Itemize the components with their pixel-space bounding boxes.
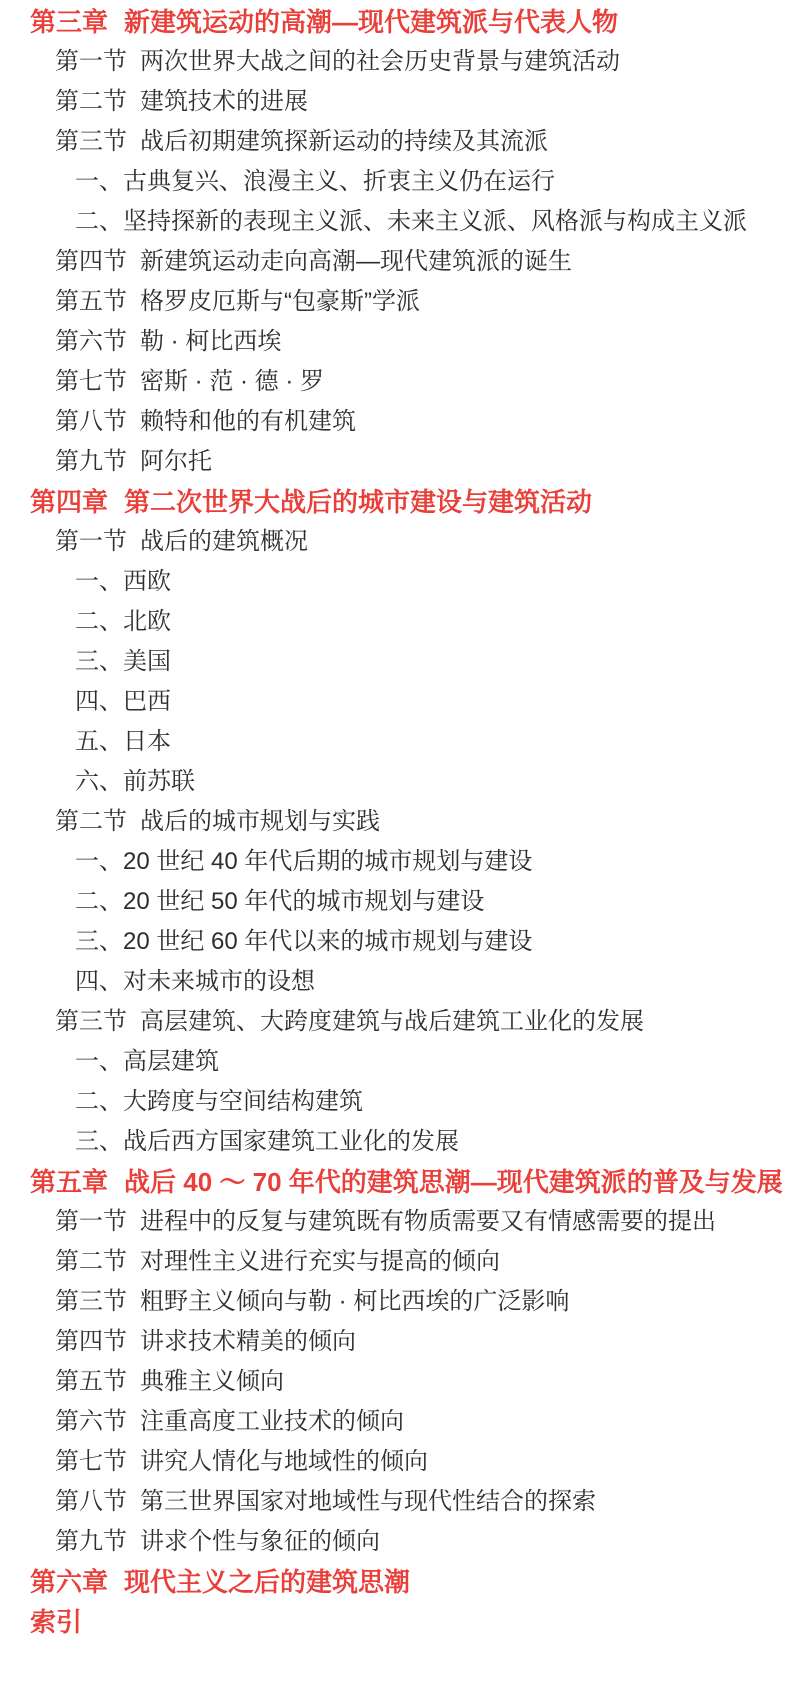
toc-item-section: 第四节讲求技术精美的倾向 (0, 1322, 790, 1362)
toc-item-label: 四、 (75, 682, 123, 722)
toc-item-label: 第一节 (55, 522, 127, 562)
toc-item-title: 战后初期建筑探新运动的持续及其流派 (140, 128, 548, 155)
toc-item-title: 勒 · 柯比西埃 (140, 328, 281, 355)
toc-item-sub: 六、前苏联 (0, 762, 790, 802)
toc-item-sub: 五、日本 (0, 722, 790, 762)
toc-item-title: 对未来城市的设想 (123, 968, 315, 995)
toc-item-title: 高层建筑、大跨度建筑与战后建筑工业化的发展 (140, 1008, 644, 1035)
toc-item-section: 第三节战后初期建筑探新运动的持续及其流派 (0, 122, 790, 162)
toc-item-title: 密斯 · 范 · 德 · 罗 (140, 368, 324, 395)
toc-item-section: 第九节阿尔托 (0, 442, 790, 482)
toc-item-label: 第六章 (30, 1562, 108, 1602)
toc-item-label: 第五节 (55, 1362, 127, 1402)
toc-item-label: 第三章 (30, 2, 108, 42)
toc-item-sub: 三、美国 (0, 642, 790, 682)
toc-item-section: 第八节第三世界国家对地域性与现代性结合的探索 (0, 1482, 790, 1522)
toc-item-chapter: 第五章战后 40 ～ 70 年代的建筑思潮—现代建筑派的普及与发展 (0, 1162, 790, 1202)
toc-item-label: 第九节 (55, 1522, 127, 1562)
toc-item-label: 一、 (75, 162, 123, 202)
toc-item-chapter: 索引 (0, 1602, 790, 1642)
toc-item-section: 第七节讲究人情化与地域性的倾向 (0, 1442, 790, 1482)
toc-item-label: 一、 (75, 842, 123, 882)
toc-item-title: 讲求技术精美的倾向 (140, 1328, 356, 1355)
toc-item-title: 20 世纪 60 年代以来的城市规划与建设 (123, 928, 532, 955)
toc-item-label: 三、 (75, 1122, 123, 1162)
toc-item-title: 战后的建筑概况 (140, 528, 308, 555)
toc-item-label: 一、 (75, 1042, 123, 1082)
toc-page: { "page": { "background_color": "#ffffff… (0, 0, 790, 1687)
toc-item-section: 第七节密斯 · 范 · 德 · 罗 (0, 362, 790, 402)
toc-item-label: 第四章 (30, 482, 108, 522)
toc-item-title: 20 世纪 40 年代后期的城市规划与建设 (123, 848, 532, 875)
toc-item-label: 二、 (75, 882, 123, 922)
toc-item-title: 阿尔托 (140, 448, 212, 475)
toc-item-title: 新建筑运动的高潮—现代建筑派与代表人物 (124, 7, 618, 37)
toc-item-label: 第一节 (55, 1202, 127, 1242)
toc-item-section: 第九节讲求个性与象征的倾向 (0, 1522, 790, 1562)
toc-item-label: 第二节 (55, 802, 127, 842)
toc-item-section: 第二节建筑技术的进展 (0, 82, 790, 122)
toc-item-section: 第一节战后的建筑概况 (0, 522, 790, 562)
toc-item-sub: 三、战后西方国家建筑工业化的发展 (0, 1122, 790, 1162)
toc-item-title: 前苏联 (123, 768, 195, 795)
toc-item-sub: 二、坚持探新的表现主义派、未来主义派、风格派与构成主义派 (0, 202, 790, 242)
toc-item-title: 战后的城市规划与实践 (140, 808, 380, 835)
toc-item-label: 第六节 (55, 1402, 127, 1442)
toc-item-title: 注重高度工业技术的倾向 (140, 1408, 404, 1435)
table-of-contents: 第三章新建筑运动的高潮—现代建筑派与代表人物第一节两次世界大战之间的社会历史背景… (0, 0, 790, 1642)
toc-item-label: 第七节 (55, 362, 127, 402)
toc-item-title: 对理性主义进行充实与提高的倾向 (140, 1248, 500, 1275)
toc-item-title: 日本 (123, 728, 171, 755)
toc-item-title: 进程中的反复与建筑既有物质需要又有情感需要的提出 (140, 1208, 716, 1235)
toc-item-label: 第二节 (55, 82, 127, 122)
toc-item-sub: 一、西欧 (0, 562, 790, 602)
toc-item-section: 第五节格罗皮厄斯与“包豪斯”学派 (0, 282, 790, 322)
toc-item-section: 第六节勒 · 柯比西埃 (0, 322, 790, 362)
toc-item-title: 坚持探新的表现主义派、未来主义派、风格派与构成主义派 (123, 208, 747, 235)
toc-item-title: 古典复兴、浪漫主义、折衷主义仍在运行 (123, 168, 555, 195)
toc-item-label: 第四节 (55, 1322, 127, 1362)
toc-item-title: 巴西 (123, 688, 171, 715)
toc-item-label: 第八节 (55, 1482, 127, 1522)
toc-item-label: 四、 (75, 962, 123, 1002)
toc-item-label: 第七节 (55, 1442, 127, 1482)
toc-item-sub: 一、高层建筑 (0, 1042, 790, 1082)
toc-item-title: 高层建筑 (123, 1048, 219, 1075)
toc-item-title: 建筑技术的进展 (140, 88, 308, 115)
toc-item-sub: 四、对未来城市的设想 (0, 962, 790, 1002)
toc-item-sub: 四、巴西 (0, 682, 790, 722)
toc-item-section: 第四节新建筑运动走向高潮—现代建筑派的诞生 (0, 242, 790, 282)
toc-item-label: 第九节 (55, 442, 127, 482)
toc-item-title: 新建筑运动走向高潮—现代建筑派的诞生 (140, 248, 572, 275)
toc-item-title: 现代主义之后的建筑思潮 (124, 1567, 410, 1597)
toc-item-title: 第二次世界大战后的城市建设与建筑活动 (124, 487, 592, 517)
toc-item-title: 大跨度与空间结构建筑 (123, 1088, 363, 1115)
toc-item-section: 第三节高层建筑、大跨度建筑与战后建筑工业化的发展 (0, 1002, 790, 1042)
toc-item-chapter: 第六章现代主义之后的建筑思潮 (0, 1562, 790, 1602)
toc-item-sub: 三、20 世纪 60 年代以来的城市规划与建设 (0, 922, 790, 962)
toc-item-title: 战后 40 ～ 70 年代的建筑思潮—现代建筑派的普及与发展 (124, 1167, 783, 1197)
toc-item-chapter: 第三章新建筑运动的高潮—现代建筑派与代表人物 (0, 2, 790, 42)
toc-item-label: 第二节 (55, 1242, 127, 1282)
toc-item-title: 典雅主义倾向 (140, 1368, 284, 1395)
toc-item-title: 讲究人情化与地域性的倾向 (140, 1448, 428, 1475)
toc-item-sub: 二、20 世纪 50 年代的城市规划与建设 (0, 882, 790, 922)
toc-item-sub: 一、20 世纪 40 年代后期的城市规划与建设 (0, 842, 790, 882)
toc-item-label: 二、 (75, 1082, 123, 1122)
toc-item-sub: 二、北欧 (0, 602, 790, 642)
toc-item-title: 两次世界大战之间的社会历史背景与建筑活动 (140, 48, 620, 75)
toc-item-section: 第二节战后的城市规划与实践 (0, 802, 790, 842)
toc-item-chapter: 第四章第二次世界大战后的城市建设与建筑活动 (0, 482, 790, 522)
toc-item-label: 三、 (75, 922, 123, 962)
toc-item-sub: 一、古典复兴、浪漫主义、折衷主义仍在运行 (0, 162, 790, 202)
toc-item-label: 三、 (75, 642, 123, 682)
toc-item-section: 第八节赖特和他的有机建筑 (0, 402, 790, 442)
toc-item-section: 第五节典雅主义倾向 (0, 1362, 790, 1402)
toc-item-section: 第三节粗野主义倾向与勒 · 柯比西埃的广泛影响 (0, 1282, 790, 1322)
toc-item-label: 第三节 (55, 1002, 127, 1042)
toc-item-label: 五、 (75, 722, 123, 762)
toc-item-label: 第五章 (30, 1162, 108, 1202)
toc-item-title: 20 世纪 50 年代的城市规划与建设 (123, 888, 484, 915)
toc-item-section: 第一节进程中的反复与建筑既有物质需要又有情感需要的提出 (0, 1202, 790, 1242)
toc-item-label: 第六节 (55, 322, 127, 362)
toc-item-label: 第四节 (55, 242, 127, 282)
toc-item-title: 粗野主义倾向与勒 · 柯比西埃的广泛影响 (140, 1288, 569, 1315)
toc-item-section: 第六节注重高度工业技术的倾向 (0, 1402, 790, 1442)
toc-item-label: 一、 (75, 562, 123, 602)
toc-item-title: 第三世界国家对地域性与现代性结合的探索 (140, 1488, 596, 1515)
toc-item-title: 战后西方国家建筑工业化的发展 (123, 1128, 459, 1155)
toc-item-label: 六、 (75, 762, 123, 802)
toc-item-label: 第八节 (55, 402, 127, 442)
toc-item-title: 格罗皮厄斯与“包豪斯”学派 (140, 288, 420, 315)
toc-item-label: 二、 (75, 602, 123, 642)
toc-item-section: 第二节对理性主义进行充实与提高的倾向 (0, 1242, 790, 1282)
toc-item-title: 北欧 (123, 608, 171, 635)
toc-item-label: 第五节 (55, 282, 127, 322)
toc-item-section: 第一节两次世界大战之间的社会历史背景与建筑活动 (0, 42, 790, 82)
toc-item-label: 二、 (75, 202, 123, 242)
toc-item-title: 赖特和他的有机建筑 (140, 408, 356, 435)
toc-item-label: 索引 (30, 1602, 82, 1642)
toc-item-title: 讲求个性与象征的倾向 (140, 1528, 380, 1555)
toc-item-label: 第三节 (55, 122, 127, 162)
toc-item-title: 西欧 (123, 568, 171, 595)
toc-item-label: 第三节 (55, 1282, 127, 1322)
toc-item-label: 第一节 (55, 42, 127, 82)
toc-item-sub: 二、大跨度与空间结构建筑 (0, 1082, 790, 1122)
toc-item-title: 美国 (123, 648, 171, 675)
